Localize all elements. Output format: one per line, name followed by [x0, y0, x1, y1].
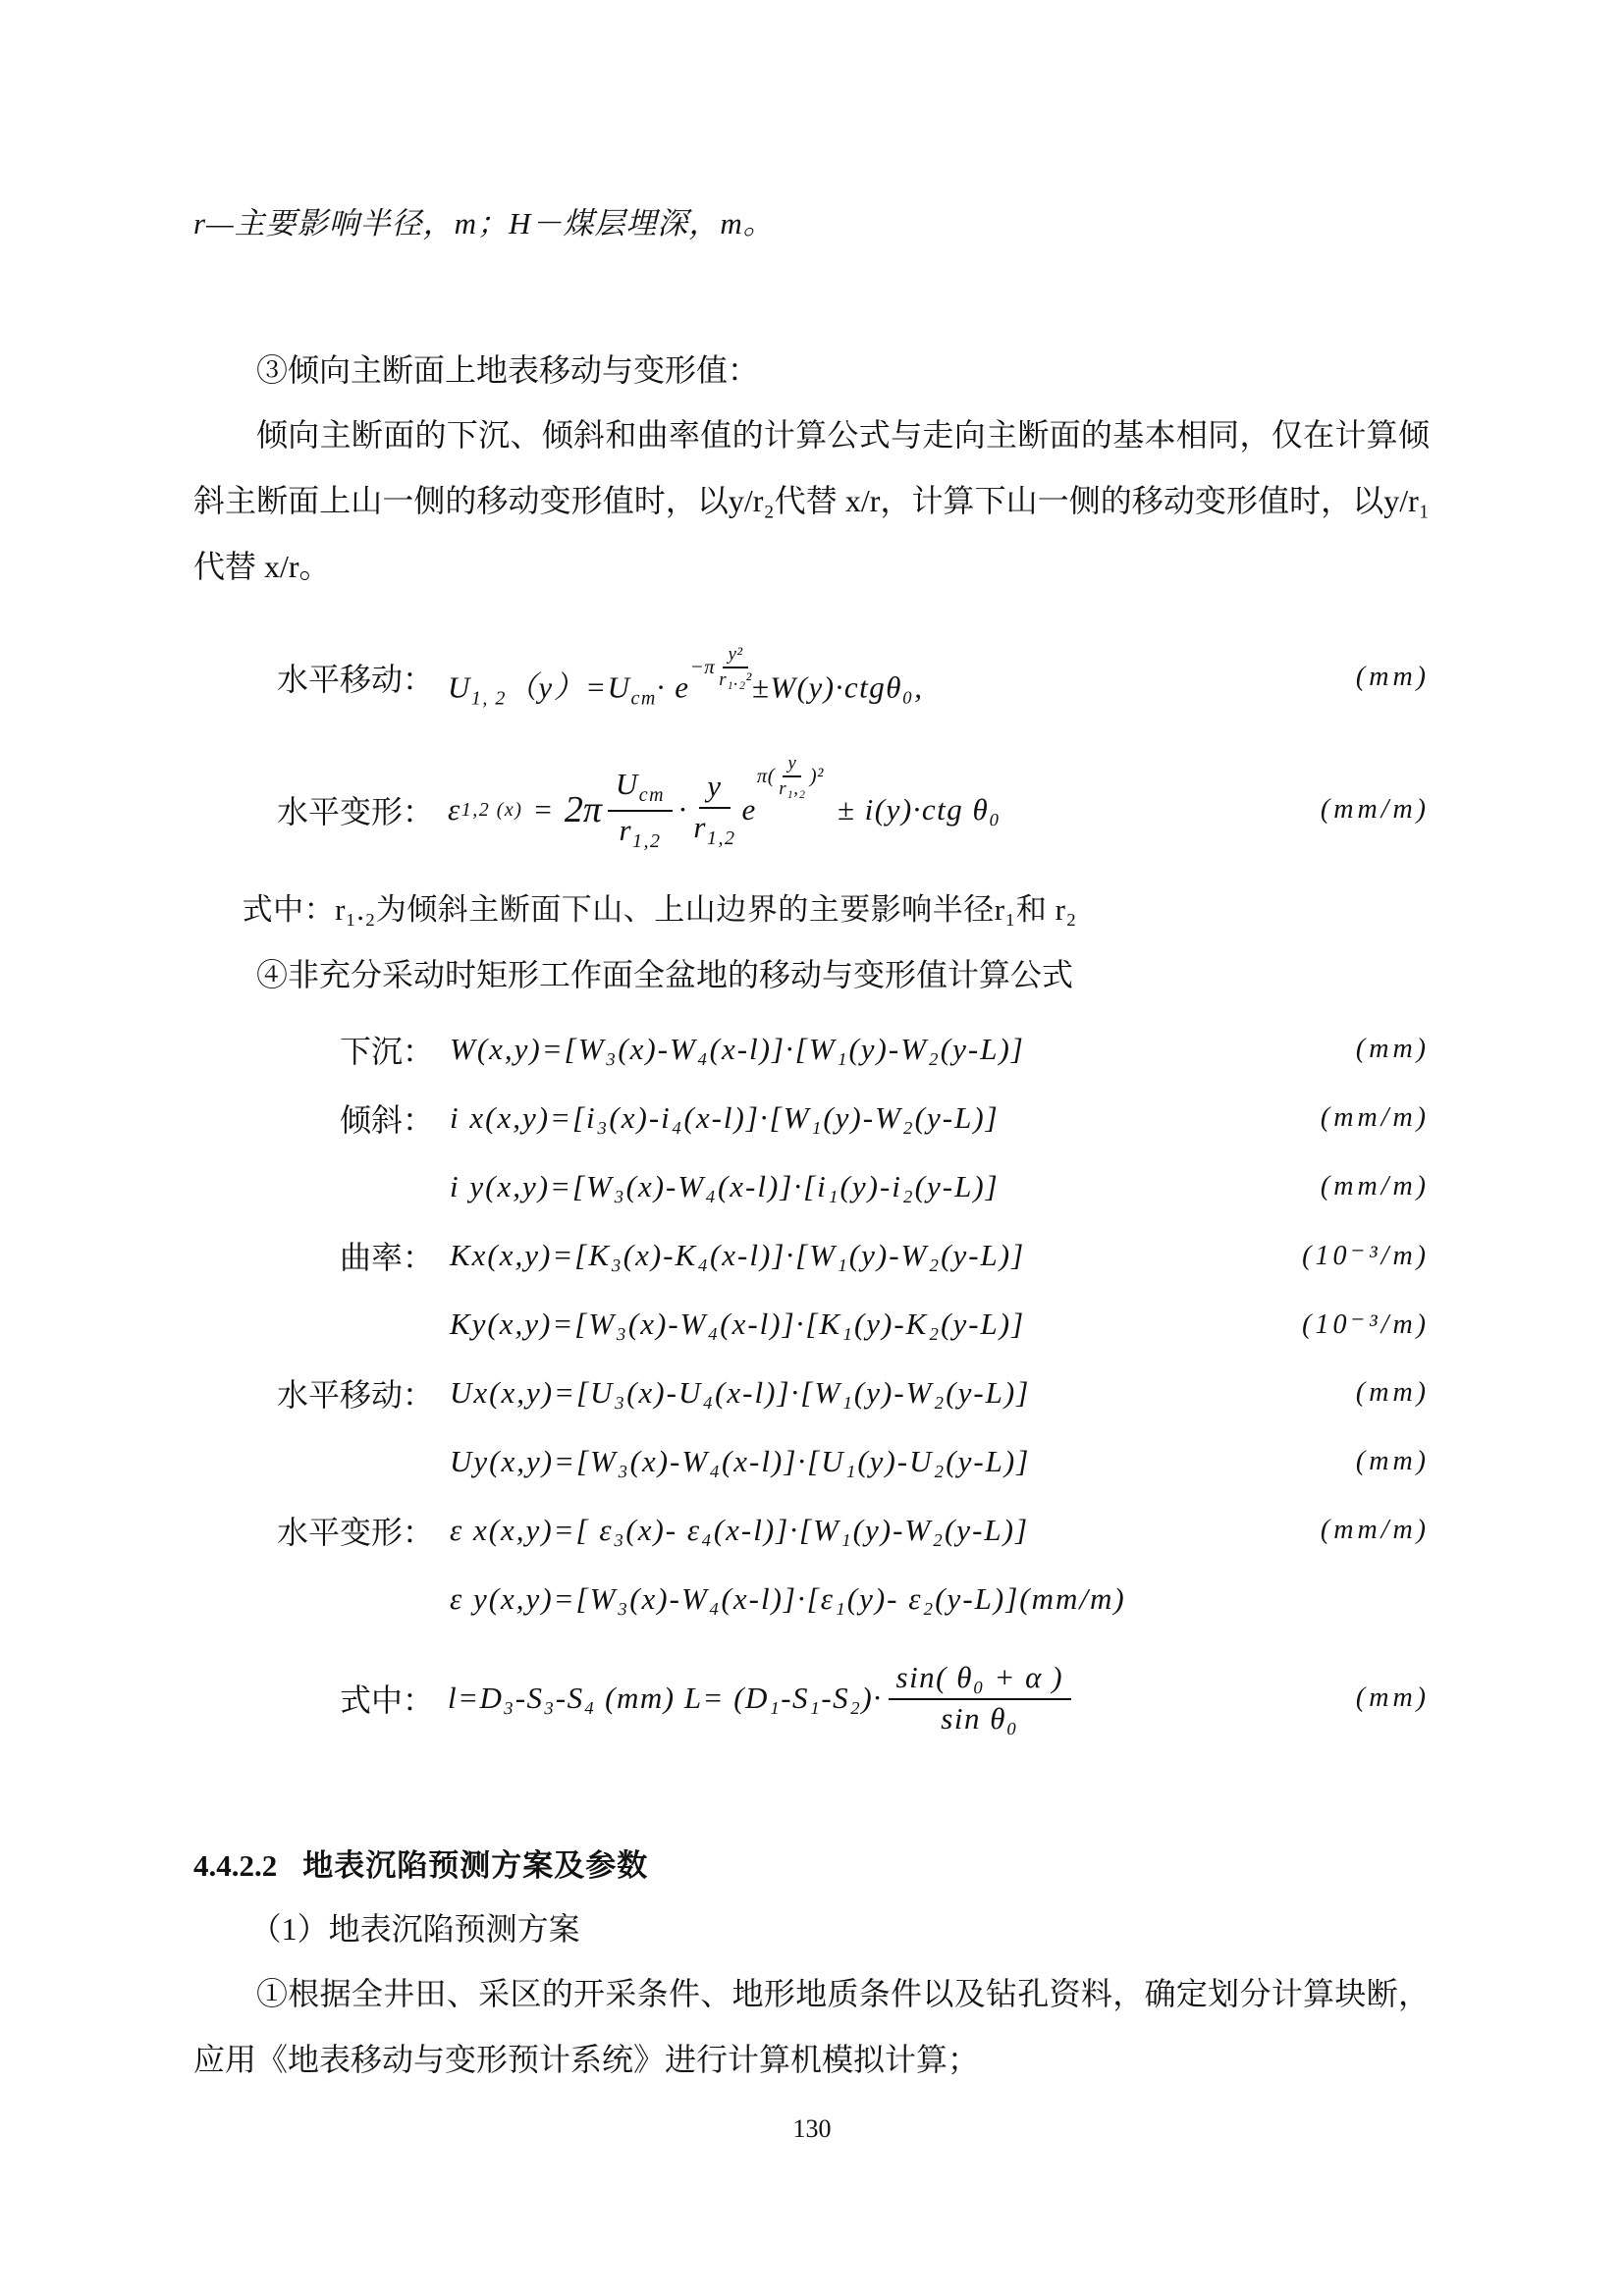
formula-row-unit: (mm/m) — [1321, 1171, 1430, 1202]
formula-term: U — [448, 669, 471, 704]
fraction-sin-ratio: sin( θ₀ + α ) sin θ₀ — [889, 1660, 1072, 1736]
formula-row-horizontal-movement-y: Uy(x,y)=[W₃(x)-W₄(x-l)]·[U₁(y)-U₂(y-L)] … — [193, 1427, 1430, 1496]
formula-row-expression: Uy(x,y)=[W₃(x)-W₄(x-l)]·[U₁(y)-U₂(y-L)] — [450, 1444, 1030, 1479]
section3-title: ③倾向主断面上地表移动与变形值： — [193, 348, 1430, 393]
formula-row-expression: i y(x,y)=[W₃(x)-W₄(x-l)]·[i₁(y)-i₂(y-L)] — [450, 1169, 1000, 1204]
formula-horizontal-deformation: 水平变形： ε1,2 (x) = 2π Ucm r1,2 · y r1,2 e … — [193, 742, 1430, 878]
formula-row-expression: ε x(x,y)=[ ε₃(x)- ε₄(x-l)]·[W₁(y)-W₂(y-L… — [450, 1513, 1029, 1548]
formula-row-label: 曲率： — [193, 1233, 434, 1278]
formula-row-unit: (10⁻³/m) — [1302, 1239, 1430, 1272]
section4-title: ④非充分采动时矩形工作面全盆地的移动与变形值计算公式 — [193, 953, 1430, 997]
formula-row-unit: (mm) — [1356, 1377, 1430, 1409]
formula-row-horizontal-deformation-x: 水平变形： ε x(x,y)=[ ε₃(x)- ε₄(x-l)]·[W₁(y)-… — [193, 1496, 1430, 1565]
formula-row-unit: (10⁻³/m) — [1302, 1308, 1430, 1341]
formula-expression: l=D₃-S₃-S₄ (mm) L= (D₁-S₁-S₂)· sin( θ₀ +… — [448, 1660, 1077, 1736]
equals-sign: = — [532, 792, 554, 828]
heading-title: 地表沉陷预测方案及参数 — [302, 1843, 648, 1888]
formula-row-expression: Ky(x,y)=[W₃(x)-W₄(x-l)]·[K₁(y)-K₂(y-L)] — [450, 1307, 1025, 1342]
fraction-denominator: r₁,₂ — [779, 777, 805, 800]
formula-unit: (mm) — [1356, 1682, 1430, 1714]
formula-term: 2π — [565, 788, 602, 831]
formula-row-horizontal-deformation-y: ε y(x,y)=[W₃(x)-W₄(x-l)]·[ε₁(y)- ε₂(y-L)… — [193, 1565, 1430, 1633]
formula-row-expression: i x(x,y)=[i₃(x)-i₄(x-l)]·[W₁(y)-W₂(y-L)] — [450, 1100, 1000, 1136]
section3-paragraph: 倾向主断面的下沉、倾斜和曲率值的计算公式与走向主断面的基本相同，仅在计算倾斜主断… — [193, 402, 1430, 600]
formula-row-label: 倾斜： — [193, 1095, 434, 1141]
formula-note-r12: 式中：r₁.₂为倾斜主断面下山、上山边界的主要影响半径r₁和 r₂ — [193, 887, 1430, 932]
variable-definition-line: r—主要影响半径，m；H－煤层埋深，m。 — [193, 201, 1430, 245]
dot-operator: · — [678, 792, 687, 828]
document-page: r—主要影响半径，m；H－煤层埋深，m。 ③倾向主断面上地表移动与变形值： 倾向… — [0, 0, 1624, 2296]
fraction-numerator: sin( θ₀ + α ) — [889, 1660, 1072, 1700]
formula-term: ε — [448, 792, 461, 828]
formula-row-tilt-x: 倾斜： i x(x,y)=[i₃(x)-i₄(x-l)]·[W₁(y)-W₂(y… — [193, 1084, 1430, 1152]
formula-row-label: 下沉： — [193, 1027, 434, 1072]
formula-unit: (mm/m) — [1321, 794, 1430, 826]
fraction-ucm-over-r: Ucm r1,2 — [608, 767, 673, 853]
formula-row-curvature-x: 曲率： Kx(x,y)=[K₃(x)-K₄(x-l)]·[W₁(y)-W₂(y-… — [193, 1221, 1430, 1290]
exponent-prefix: −π — [690, 655, 716, 679]
formula-horizontal-movement: 水平移动： U1, 2（y）=Ucm· e−πy²r₁.₂²±W(y)·ctgθ… — [193, 615, 1430, 738]
fraction-denominator: r1,2 — [693, 809, 735, 850]
formula-row-unit: (mm) — [1356, 1446, 1430, 1477]
formula-row-label: 水平移动： — [193, 1370, 434, 1415]
formula-term: e — [741, 792, 756, 828]
fraction-numerator: y² — [723, 644, 747, 668]
formula-subscript: 1, 2 — [471, 687, 507, 709]
prediction-formula-list: 下沉： W(x,y)=[W₃(x)-W₄(x-l)]·[W₁(y)-W₂(y-L… — [193, 1015, 1430, 1633]
formula-expression: U1, 2（y）=Ucm· e−πy²r₁.₂²±W(y)·ctgθ₀, — [448, 644, 923, 711]
formula-row-expression: Ux(x,y)=[U₃(x)-U₄(x-l)]·[W₁(y)-W₂(y-L)] — [450, 1375, 1030, 1411]
formula-subscript: 1,2 — [632, 830, 662, 852]
formula-row-unit: (mm) — [1356, 1034, 1430, 1065]
exponent-suffix: )² — [810, 764, 824, 788]
fraction-denominator: sin θ₀ — [941, 1700, 1018, 1736]
sub-heading: （1）地表沉陷预测方案 — [193, 1907, 1430, 1951]
fraction-numerator: Ucm — [608, 767, 673, 812]
formula-length-definitions: 式中： l=D₃-S₃-S₄ (mm) L= (D₁-S₁-S₂)· sin( … — [193, 1639, 1430, 1757]
formula-subscript: cm — [630, 687, 656, 709]
formula-term: r — [619, 813, 632, 847]
page-number: 130 — [0, 2114, 1624, 2144]
formula-term: U — [616, 767, 639, 801]
fraction-numerator: y — [783, 753, 801, 777]
formula-row-label: 水平变形： — [193, 1508, 434, 1553]
exponent-fraction: y²r₁.₂² — [719, 644, 752, 691]
exponent-prefix: π( — [757, 764, 776, 788]
formula-label: 式中： — [193, 1676, 434, 1721]
formula-term: ± i(y)·ctg θ₀ — [838, 792, 1001, 828]
fraction-denominator: r1,2 — [619, 812, 661, 853]
formula-term: ±W(y)·ctgθ₀, — [752, 669, 924, 704]
formula-row-expression: Kx(x,y)=[K₃(x)-K₄(x-l)]·[W₁(y)-W₂(y-L)] — [450, 1238, 1025, 1273]
formula-row-curvature-y: Ky(x,y)=[W₃(x)-W₄(x-l)]·[K₁(y)-K₂(y-L)] … — [193, 1290, 1430, 1359]
formula-exponent: π(yr₁,₂)² — [757, 753, 824, 800]
fraction-denominator: r₁.₂² — [719, 668, 752, 691]
formula-row-expression: W(x,y)=[W₃(x)-W₄(x-l)]·[W₁(y)-W₂(y-L)] — [450, 1032, 1025, 1067]
fraction-y-over-r: y r1,2 — [693, 769, 735, 850]
formula-term: r — [693, 810, 707, 844]
heading-number: 4.4.2.2 — [193, 1843, 277, 1888]
formula-term: l=D₃-S₃-S₄ (mm) L= (D₁-S₁-S₂)· — [448, 1681, 883, 1716]
formula-label: 水平变形： — [193, 787, 434, 832]
formula-subscript: cm — [639, 784, 665, 806]
formula-row-expression: ε y(x,y)=[W₃(x)-W₄(x-l)]·[ε₁(y)- ε₂(y-L)… — [450, 1581, 1126, 1617]
fraction-numerator: y — [699, 769, 730, 809]
formula-term: · e — [657, 669, 690, 704]
formula-subscript: 1,2 (x) — [461, 799, 523, 822]
formula-row-tilt-y: i y(x,y)=[W₃(x)-W₄(x-l)]·[i₁(y)-i₂(y-L)]… — [193, 1152, 1430, 1221]
formula-label: 水平移动： — [193, 655, 434, 700]
paragraph-prediction-scheme: ①根据全井田、采区的开采条件、地形地质条件以及钻孔资料，确定划分计算块断，应用《… — [193, 1961, 1430, 2093]
formula-unit: (mm) — [1356, 662, 1430, 693]
formula-row-unit: (mm/m) — [1321, 1102, 1430, 1134]
formula-row-horizontal-movement-x: 水平移动： Ux(x,y)=[U₃(x)-U₄(x-l)]·[W₁(y)-W₂(… — [193, 1359, 1430, 1427]
formula-row-unit: (mm/m) — [1321, 1515, 1430, 1546]
section-heading: 4.4.2.2 地表沉陷预测方案及参数 — [193, 1843, 1430, 1888]
formula-exponent: −πy²r₁.₂² — [690, 644, 752, 691]
formula-row-subsidence: 下沉： W(x,y)=[W₃(x)-W₄(x-l)]·[W₁(y)-W₂(y-L… — [193, 1015, 1430, 1084]
formula-subscript: 1,2 — [707, 828, 736, 850]
formula-term: （y）=U — [507, 669, 631, 704]
formula-expression: ε1,2 (x) = 2π Ucm r1,2 · y r1,2 e π(yr₁,… — [448, 767, 1001, 853]
exponent-fraction: yr₁,₂ — [779, 753, 805, 800]
